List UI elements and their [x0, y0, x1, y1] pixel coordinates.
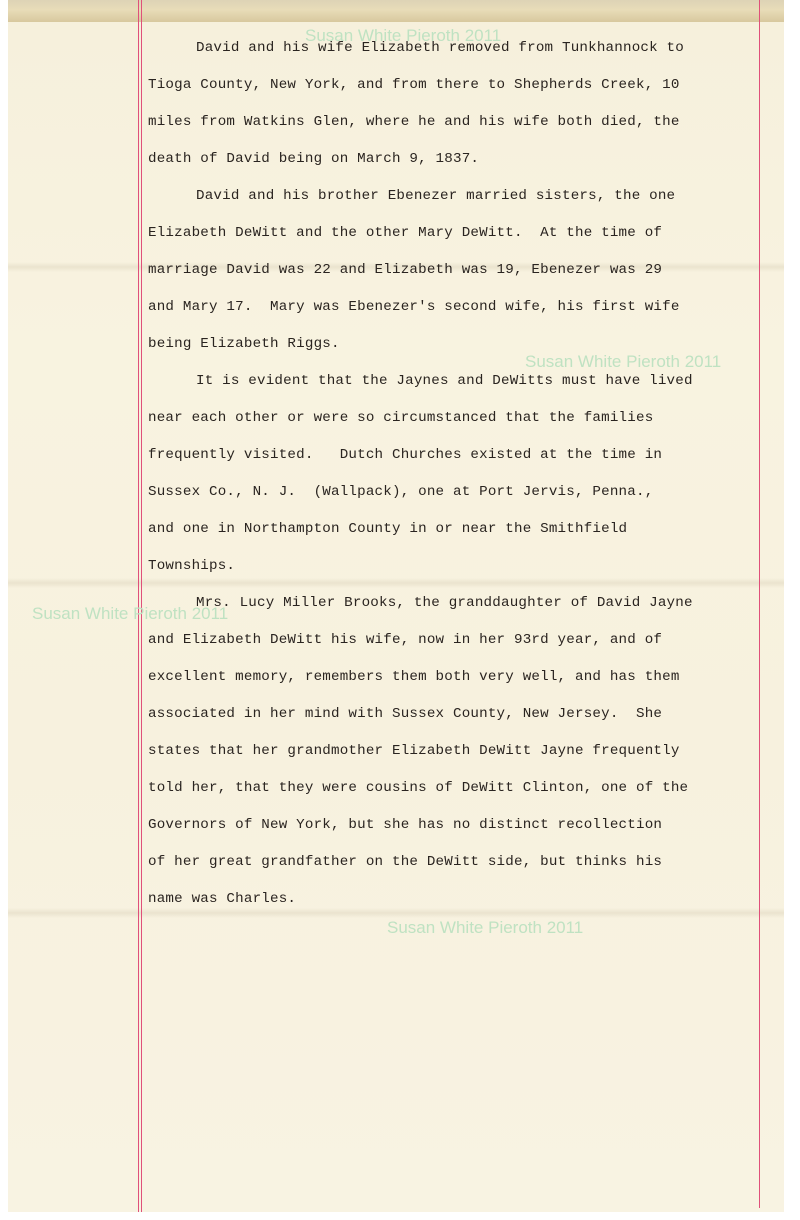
text-line: states that her grandmother Elizabeth De… [148, 733, 768, 770]
text-line: death of David being on March 9, 1837. [148, 141, 768, 178]
text-line: Mrs. Lucy Miller Brooks, the granddaught… [148, 585, 768, 622]
text-line: Sussex Co., N. J. (Wallpack), one at Por… [148, 474, 768, 511]
paper-top-edge [8, 0, 784, 22]
paragraph-1: David and his wife Elizabeth removed fro… [148, 30, 768, 178]
text-line: Elizabeth DeWitt and the other Mary DeWi… [148, 215, 768, 252]
text-line: excellent memory, remembers them both ve… [148, 659, 768, 696]
text-line: Tioga County, New York, and from there t… [148, 67, 768, 104]
watermark: Susan White Pieroth 2011 [32, 604, 228, 624]
text-line: and one in Northampton County in or near… [148, 511, 768, 548]
text-line: told her, that they were cousins of DeWi… [148, 770, 768, 807]
paragraph-2: David and his brother Ebenezer married s… [148, 178, 768, 363]
text-line: frequently visited. Dutch Churches exist… [148, 437, 768, 474]
text-line: and Elizabeth DeWitt his wife, now in he… [148, 622, 768, 659]
text-line: near each other or were so circumstanced… [148, 400, 768, 437]
document-body: David and his wife Elizabeth removed fro… [148, 30, 768, 918]
watermark: Susan White Pieroth 2011 [525, 352, 721, 372]
watermark: Susan White Pieroth 2011 [305, 26, 501, 46]
text-line: marriage David was 22 and Elizabeth was … [148, 252, 768, 289]
text-line: Governors of New York, but she has no di… [148, 807, 768, 844]
text-line: miles from Watkins Glen, where he and hi… [148, 104, 768, 141]
text-line: Townships. [148, 548, 768, 585]
text-line: and Mary 17. Mary was Ebenezer's second … [148, 289, 768, 326]
text-line: David and his brother Ebenezer married s… [148, 178, 768, 215]
paragraph-4: Mrs. Lucy Miller Brooks, the granddaught… [148, 585, 768, 918]
text-line: of her great grandfather on the DeWitt s… [148, 844, 768, 881]
text-line: associated in her mind with Sussex Count… [148, 696, 768, 733]
text-line: name was Charles. [148, 881, 768, 918]
watermark: Susan White Pieroth 2011 [387, 918, 583, 938]
paragraph-3: It is evident that the Jaynes and DeWitt… [148, 363, 768, 585]
